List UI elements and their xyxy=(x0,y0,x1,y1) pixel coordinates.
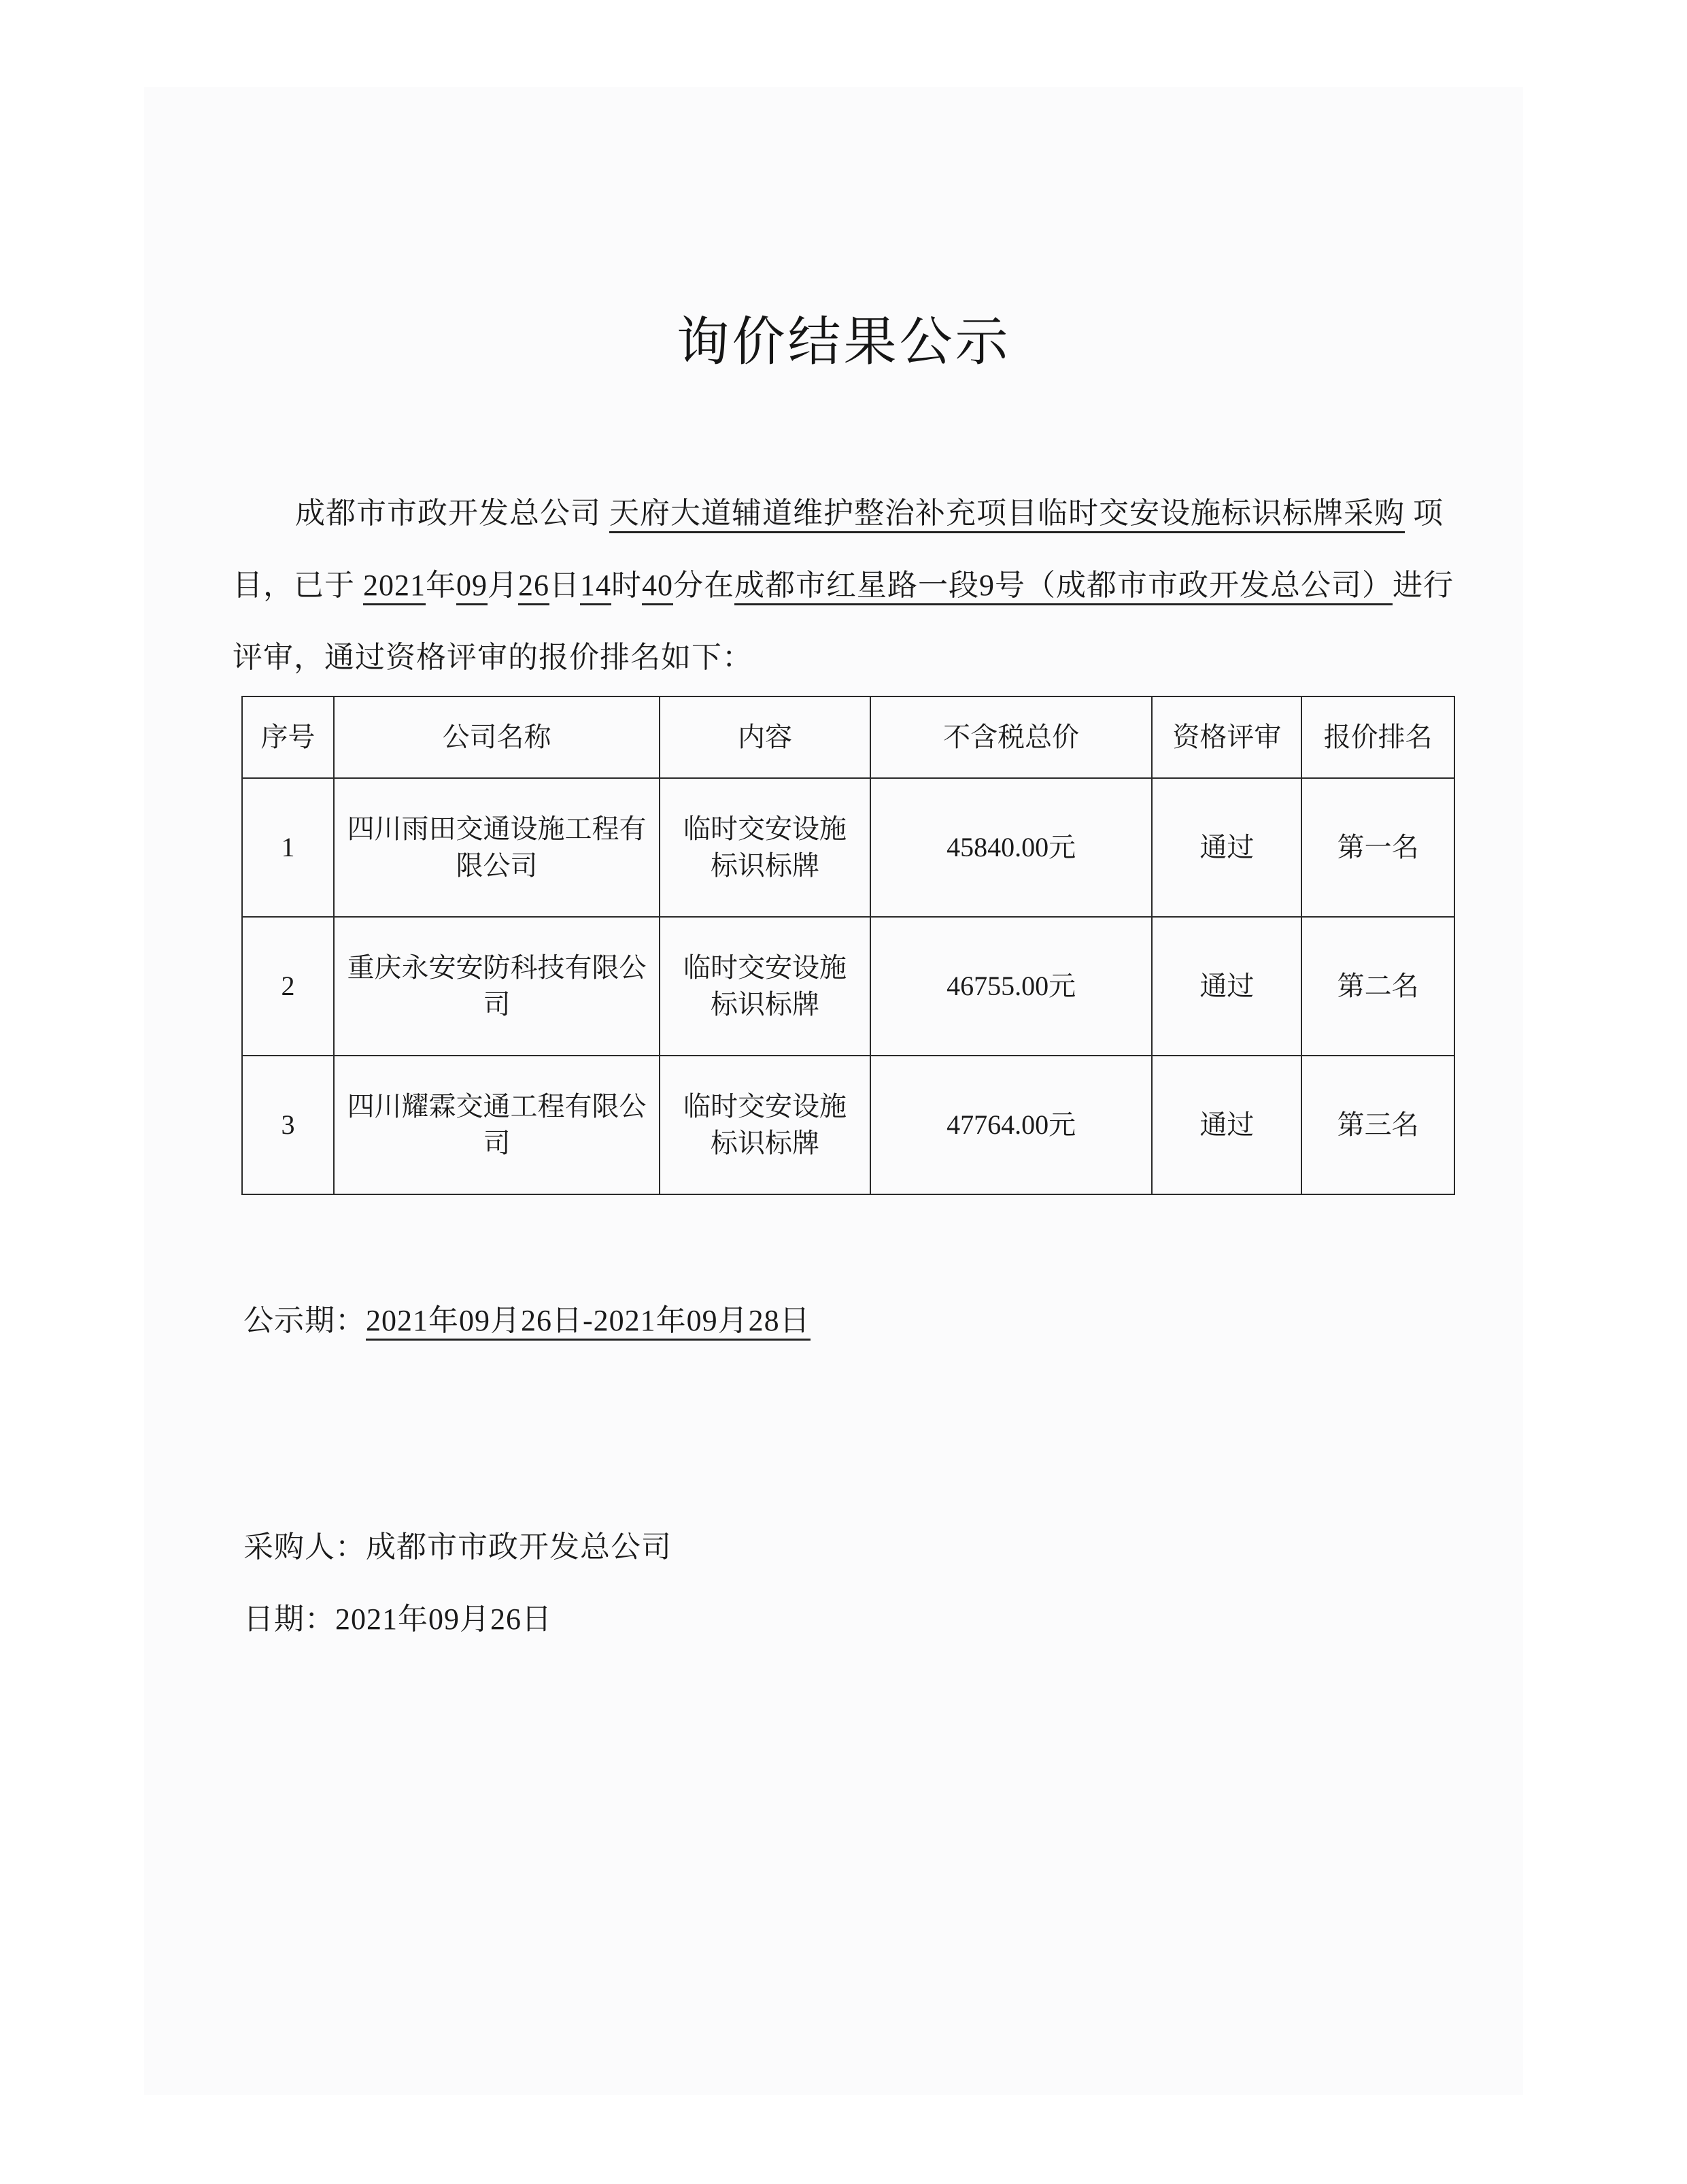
cell-index: 3 xyxy=(242,1056,334,1194)
cell-rank: 第三名 xyxy=(1301,1056,1454,1194)
review-location: 成都市红星路一段9号（成都市市政开发总公司） xyxy=(734,569,1393,605)
review-day: 26 xyxy=(518,569,549,605)
date-value: 2021年09月26日 xyxy=(335,1602,552,1636)
year-unit: 年 xyxy=(426,569,456,602)
cell-index: 2 xyxy=(242,917,334,1056)
cell-company: 四川雨田交通设施工程有限公司 xyxy=(334,778,660,917)
header-company: 公司名称 xyxy=(334,696,660,778)
review-hour: 14 xyxy=(580,569,611,605)
header-qualification: 资格评审 xyxy=(1152,696,1301,778)
review-minute: 40 xyxy=(642,569,673,605)
review-month: 09 xyxy=(456,569,488,605)
day-unit: 日 xyxy=(549,569,580,602)
table-row: 1 四川雨田交通设施工程有限公司 临时交安设施标识标牌 45840.00元 通过… xyxy=(242,778,1454,917)
signature-block: 采购人：成都市市政开发总公司 日期：2021年09月26日 xyxy=(243,1511,672,1656)
cell-price: 45840.00元 xyxy=(870,778,1153,917)
cell-qualification: 通过 xyxy=(1152,778,1301,917)
cell-qualification: 通过 xyxy=(1152,917,1301,1056)
publicity-period: 公示期：2021年09月26日-2021年09月28日 xyxy=(243,1296,811,1339)
cell-qualification: 通过 xyxy=(1152,1056,1301,1194)
cell-price: 46755.00元 xyxy=(870,917,1153,1056)
cell-content: 临时交安设施标识标牌 xyxy=(660,1056,870,1194)
minute-unit: 分在 xyxy=(673,569,734,602)
hour-unit: 时 xyxy=(611,569,642,602)
month-unit: 月 xyxy=(488,569,518,602)
date-label: 日期： xyxy=(243,1602,335,1636)
cell-price: 47764.00元 xyxy=(870,1056,1153,1194)
intro-paragraph: 成都市市政开发总公司 天府大道辅道维护整治补充项目临时交安设施标识标牌采购 项目… xyxy=(233,477,1456,694)
cell-rank: 第一名 xyxy=(1301,778,1454,917)
buyer-name: 成都市市政开发总公司 xyxy=(295,497,601,530)
cell-index: 1 xyxy=(242,778,334,917)
header-price: 不含税总价 xyxy=(870,696,1153,778)
purchaser-value: 成都市市政开发总公司 xyxy=(366,1530,672,1564)
publicity-period-value: 2021年09月26日-2021年09月28日 xyxy=(366,1304,811,1341)
cell-content: 临时交安设施标识标牌 xyxy=(660,917,870,1056)
table-header-row: 序号 公司名称 内容 不含税总价 资格评审 报价排名 xyxy=(242,696,1454,778)
date-line: 日期：2021年09月26日 xyxy=(243,1583,672,1656)
header-rank: 报价排名 xyxy=(1301,696,1454,778)
purchaser-label: 采购人： xyxy=(243,1530,366,1564)
table-row: 2 重庆永安安防科技有限公司 临时交安设施标识标牌 46755.00元 通过 第… xyxy=(242,917,1454,1056)
cell-content: 临时交安设施标识标牌 xyxy=(660,778,870,917)
header-content: 内容 xyxy=(660,696,870,778)
cell-company: 四川耀霖交通工程有限公司 xyxy=(334,1056,660,1194)
purchaser-line: 采购人：成都市市政开发总公司 xyxy=(243,1511,672,1583)
header-index: 序号 xyxy=(242,696,334,778)
publicity-period-label: 公示期： xyxy=(243,1304,366,1337)
cell-rank: 第二名 xyxy=(1301,917,1454,1056)
page-title: 询价结果公示 xyxy=(0,299,1687,375)
review-year: 2021 xyxy=(363,569,426,605)
cell-company: 重庆永安安防科技有限公司 xyxy=(334,917,660,1056)
results-table: 序号 公司名称 内容 不含税总价 资格评审 报价排名 1 四川雨田交通设施工程有… xyxy=(241,696,1455,1195)
table-row: 3 四川耀霖交通工程有限公司 临时交安设施标识标牌 47764.00元 通过 第… xyxy=(242,1056,1454,1194)
project-name: 天府大道辅道维护整治补充项目临时交安设施标识标牌采购 xyxy=(609,497,1405,533)
